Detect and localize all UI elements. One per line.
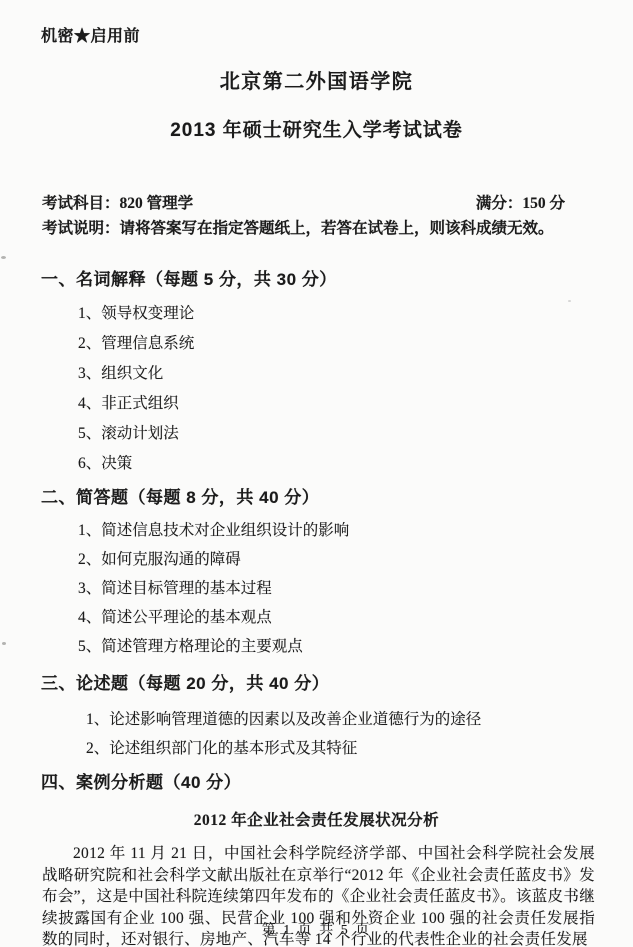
- exam-meta-row: 考试科目：820 管理学 满分：150 分: [0, 194, 633, 214]
- question-item: 1、论述影响管理道德的因素以及改善企业道德行为的途径: [86, 710, 633, 730]
- exam-subject: 考试科目：820 管理学: [42, 194, 193, 214]
- classification-label: 机密★启用前: [41, 0, 633, 46]
- school-name: 北京第二外国语学院: [0, 65, 633, 94]
- exam-title: 2013 年硕士研究生入学考试试卷: [0, 115, 633, 142]
- question-item: 5、滚动计划法: [78, 424, 633, 444]
- question-item: 2、管理信息系统: [78, 334, 633, 354]
- question-item: 2、论述组织部门化的基本形式及其特征: [86, 739, 633, 759]
- scan-artifact: [2, 642, 6, 645]
- question-item: 5、简述管理方格理论的主要观点: [78, 637, 633, 657]
- question-item: 3、简述目标管理的基本过程: [78, 579, 633, 599]
- exam-paper-page: 机密★启用前 北京第二外国语学院 2013 年硕士研究生入学考试试卷 考试科目：…: [0, 0, 633, 947]
- scan-artifact: [1, 256, 6, 259]
- page-number-footer: 第 1 页 共 5 页: [0, 919, 633, 939]
- question-item: 6、决策: [78, 454, 633, 474]
- section-2-heading: 二、简答题（每题 8 分，共 40 分）: [41, 487, 633, 509]
- section-1-items: 1、领导权变理论 2、管理信息系统 3、组织文化 4、非正式组织 5、滚动计划法…: [0, 304, 633, 474]
- full-score: 满分：150 分: [476, 194, 565, 214]
- question-item: 3、组织文化: [78, 364, 633, 384]
- section-3-heading: 三、论述题（每题 20 分，共 40 分）: [41, 673, 633, 695]
- scan-artifact: [568, 300, 571, 302]
- section-3-items: 1、论述影响管理道德的因素以及改善企业道德行为的途径 2、论述组织部门化的基本形…: [0, 710, 633, 759]
- question-item: 1、领导权变理论: [78, 304, 633, 324]
- question-item: 1、简述信息技术对企业组织设计的影响: [78, 521, 633, 541]
- section-2-items: 1、简述信息技术对企业组织设计的影响 2、如何克服沟通的障碍 3、简述目标管理的…: [0, 521, 633, 657]
- case-study-title: 2012 年企业社会责任发展状况分析: [0, 808, 633, 830]
- question-item: 4、简述公平理论的基本观点: [78, 608, 633, 628]
- section-1-heading: 一、名词解释（每题 5 分，共 30 分）: [41, 269, 633, 291]
- section-4-heading: 四、案例分析题（40 分）: [41, 772, 633, 794]
- question-item: 2、如何克服沟通的障碍: [78, 550, 633, 570]
- question-item: 4、非正式组织: [78, 394, 633, 414]
- exam-instructions: 考试说明：请将答案写在指定答题纸上，若答在试卷上，则该科成绩无效。: [42, 218, 593, 240]
